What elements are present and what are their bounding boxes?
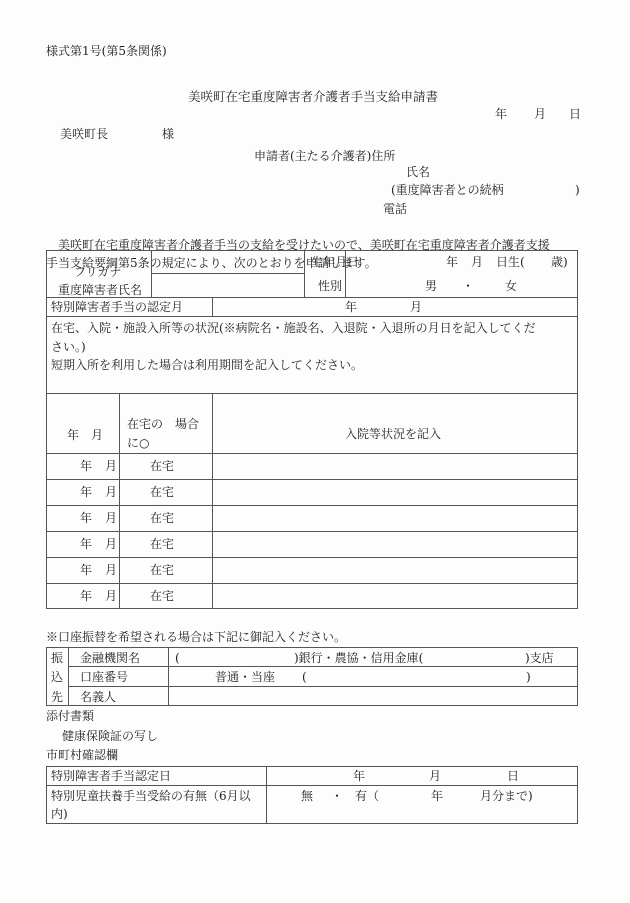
row-status-input[interactable] xyxy=(213,558,577,582)
certification-year: 年 xyxy=(345,300,357,314)
row-year: 年 xyxy=(80,459,92,473)
institution-bank-types: )銀行・農協・信用金庫( xyxy=(294,651,423,665)
child-allowance-yes-option[interactable]: 有（ xyxy=(355,789,379,803)
row-at-home-option[interactable]: 在宅 xyxy=(150,459,174,473)
bank-side-label-2: 込 xyxy=(51,670,63,684)
col-header-year-month: 年 月 xyxy=(67,428,103,442)
account-types: 普通・当座 xyxy=(215,670,275,684)
row-at-home-option[interactable]: 在宅 xyxy=(150,589,174,603)
gender-separator: ・ xyxy=(462,279,474,293)
row-at-home-option[interactable]: 在宅 xyxy=(150,563,174,577)
divider xyxy=(46,393,578,394)
attachments-label: 添付書類 xyxy=(46,709,94,723)
birthdate-age: 歳) xyxy=(551,255,568,269)
row-at-home-option[interactable]: 在宅 xyxy=(150,537,174,551)
certification-date-input[interactable]: 年 月 日 xyxy=(267,767,577,784)
date-day-label: 日 xyxy=(569,107,581,121)
row-year: 年 xyxy=(80,589,92,603)
certification-date-label: 特別障害者手当認定日 xyxy=(51,769,171,783)
furigana-input[interactable] xyxy=(152,251,303,272)
furigana-label: フリガナ xyxy=(74,265,121,279)
date-year-label: 年 xyxy=(495,107,507,121)
applicant-phone-label: 電話 xyxy=(383,202,407,216)
row-month: 月 xyxy=(105,511,117,525)
holder-label: 名義人 xyxy=(80,690,116,704)
child-allowance-separator: ・ xyxy=(331,789,343,803)
child-allowance-year: 年 xyxy=(431,789,443,803)
col-header-at-home-line1: 在宅の 場合 xyxy=(127,417,199,431)
row-year: 年 xyxy=(80,537,92,551)
cert-date-year: 年 xyxy=(353,769,365,783)
disabled-person-name-label: 重度障害者氏名 xyxy=(58,283,142,297)
row-status-input[interactable] xyxy=(213,480,577,504)
addressee-honorific: 様 xyxy=(162,127,174,141)
row-status-input[interactable] xyxy=(213,584,577,608)
row-at-home-option[interactable]: 在宅 xyxy=(150,485,174,499)
status-instructions-line1: 在宅、入院・施設入所等の状況(※病院名・施設名、入退院・入退所の月日を記入してく… xyxy=(51,321,536,335)
page-title: 美咲町在宅重度障害者介護者手当支給申請書 xyxy=(188,90,438,104)
divider xyxy=(304,250,305,297)
status-instructions-line3: 短期入所を利用した場合は利用期間を記入してください。 xyxy=(51,358,363,372)
disabled-person-name-input[interactable] xyxy=(152,274,303,296)
col-header-status: 入院等状況を記入 xyxy=(345,427,441,441)
row-status-input[interactable] xyxy=(213,506,577,530)
child-allowance-none-option[interactable]: 無 xyxy=(301,789,313,803)
municipal-check-label: 市町村確認欄 xyxy=(46,748,118,762)
birthdate-input[interactable]: 年 月 日生( 歳) xyxy=(346,251,577,272)
child-allowance-input[interactable]: 無 ・ 有（ 年 月分まで) xyxy=(267,786,577,823)
row-year: 年 xyxy=(80,563,92,577)
row-year: 年 xyxy=(80,485,92,499)
row-month: 月 xyxy=(105,589,117,603)
bank-side-label-3: 先 xyxy=(51,690,63,704)
row-month: 月 xyxy=(105,485,117,499)
row-at-home-option[interactable]: 在宅 xyxy=(150,511,174,525)
birthdate-day: 日生( xyxy=(496,255,525,269)
child-allowance-label-line1: 特別児童扶養手当受給の有無（6月以 xyxy=(51,789,251,803)
row-month: 月 xyxy=(105,563,117,577)
row-status-input[interactable] xyxy=(213,532,577,556)
birthdate-month: 月 xyxy=(471,255,483,269)
child-allowance-label-line2: 内) xyxy=(51,807,68,821)
col-header-at-home-line2: に○ xyxy=(127,436,149,450)
birthdate-year: 年 xyxy=(446,255,458,269)
certification-month: 月 xyxy=(410,300,422,314)
institution-branch: )支店 xyxy=(525,651,554,665)
row-month: 月 xyxy=(105,537,117,551)
date-month-label: 月 xyxy=(534,107,546,121)
row-status-input[interactable] xyxy=(213,454,577,478)
child-allowance-until: 月分まで) xyxy=(480,789,533,803)
certification-month-input[interactable]: 年 月 xyxy=(213,298,577,315)
gender-male-option[interactable]: 男 xyxy=(425,279,437,293)
certification-month-label: 特別障害者手当の認定月 xyxy=(51,300,183,314)
attachment-item: 健康保険証の写し xyxy=(62,729,158,743)
row-year: 年 xyxy=(80,511,92,525)
bank-side-label-1: 振 xyxy=(51,651,63,665)
divider xyxy=(46,316,578,317)
account-close-paren: ) xyxy=(526,670,531,684)
addressee-name: 美咲町長 xyxy=(60,127,108,141)
applicant-relationship-label: (重度障害者との続柄 xyxy=(391,183,504,197)
row-month: 月 xyxy=(105,459,117,473)
bank-note: ※口座振替を希望される場合は下記に御記入ください。 xyxy=(46,630,346,644)
divider xyxy=(68,647,69,706)
applicant-relationship-close: ) xyxy=(575,183,580,197)
cert-date-day: 日 xyxy=(507,769,519,783)
institution-input[interactable]: ( )銀行・農協・信用金庫( )支店 xyxy=(169,648,577,665)
status-instructions-line2: さい。) xyxy=(51,340,86,354)
cert-date-month: 月 xyxy=(429,769,441,783)
account-number-input[interactable]: 普通・当座 ( ) xyxy=(169,667,577,685)
gender-label: 性別 xyxy=(318,279,342,293)
holder-input[interactable] xyxy=(169,687,577,705)
institution-open-paren: ( xyxy=(175,651,180,665)
account-number-label: 口座番号 xyxy=(80,670,128,684)
gender-female-option[interactable]: 女 xyxy=(505,279,517,293)
account-open-paren: ( xyxy=(302,670,307,684)
form-number: 様式第1号(第5条関係) xyxy=(46,44,167,58)
applicant-name-label: 氏名 xyxy=(406,165,430,179)
institution-label: 金融機関名 xyxy=(80,651,140,665)
applicant-address-label: 申請者(主たる介護者)住所 xyxy=(254,149,395,163)
divider xyxy=(119,393,120,609)
